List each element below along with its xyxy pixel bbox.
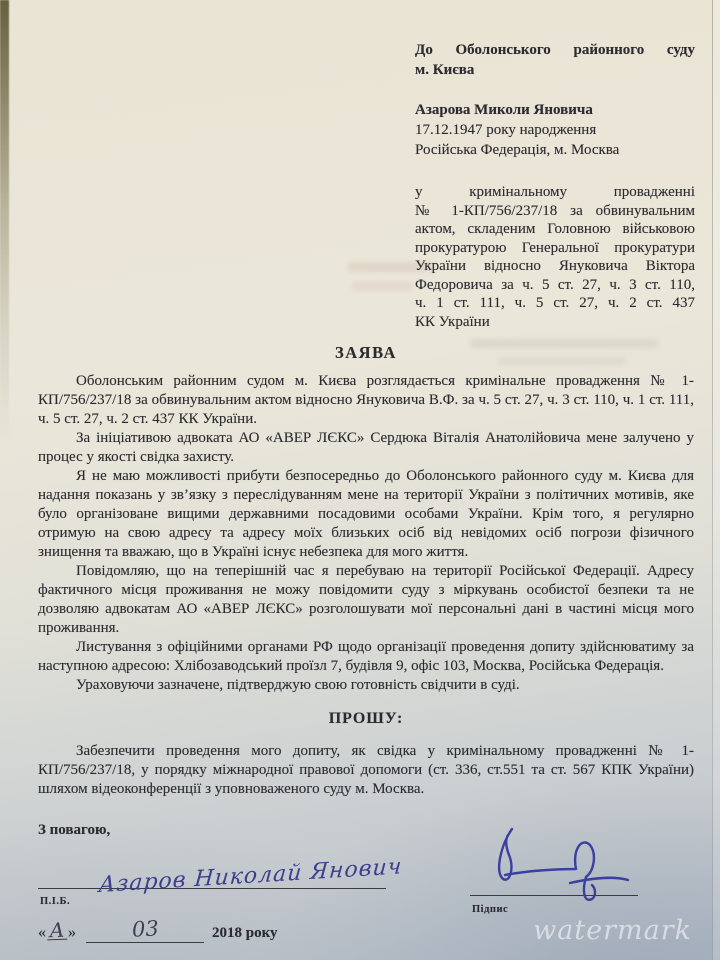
name-signature-line: Азаров Николай Янович bbox=[38, 843, 386, 889]
handwritten-day: А bbox=[47, 920, 68, 940]
recipient-line: м. Києва bbox=[415, 60, 695, 80]
fio-label: П.І.Б. bbox=[40, 892, 70, 912]
year-text: 2018 року bbox=[212, 925, 278, 941]
applicant-info: Азарова Миколи Яновича 17.12.1947 року н… bbox=[415, 100, 695, 160]
month-blank-line: 03 bbox=[86, 919, 204, 944]
request-heading: ПРОШУ: bbox=[38, 709, 694, 729]
applicant-dob: 17.12.1947 року народження bbox=[415, 120, 695, 140]
paragraph: Листування з офіційними органами РФ щодо… bbox=[38, 638, 694, 676]
handwritten-name-signature: Азаров Николай Янович bbox=[98, 857, 403, 895]
quote-open: « bbox=[38, 924, 46, 941]
paragraph: Оболонським районним судом м. Києва розг… bbox=[38, 372, 694, 429]
signature-block: Азаров Николай Янович П.І.Б. Підпис bbox=[38, 843, 694, 903]
case-reference-line: КК України bbox=[415, 313, 695, 332]
applicant-address: Російська Федерація, м. Москва bbox=[415, 140, 695, 160]
request-paragraph: Забезпечити проведення мого допиту, як с… bbox=[38, 742, 694, 799]
case-reference-line: № 1-КП/756/237/18 за обвинувальним bbox=[415, 202, 695, 221]
document-header-block: До Оболонського районного суду м. Києва … bbox=[415, 40, 695, 331]
signature-line bbox=[470, 849, 638, 896]
recipient-line: До Оболонського районного суду bbox=[415, 40, 695, 60]
document-title: ЗАЯВА bbox=[38, 343, 694, 363]
signature-scribble bbox=[478, 825, 648, 911]
case-reference-line: у кримінальному провадженні bbox=[415, 183, 695, 202]
handwritten-month: 03 bbox=[131, 918, 159, 939]
case-reference-line: Федоровича за ч. 5 ст. 27, ч. 3 ст. 110, bbox=[415, 276, 695, 295]
paragraph: Ураховуючи зазначене, підтверджую свою г… bbox=[38, 676, 694, 695]
case-reference-line: актом, складеним Головною військовою bbox=[415, 220, 695, 239]
photographed-document-page: До Оболонського районного суду м. Києва … bbox=[0, 0, 720, 960]
paragraph: Я не маю можливості прибути безпосереднь… bbox=[38, 467, 694, 562]
signature-label: Підпис bbox=[472, 900, 508, 920]
case-reference: у кримінальному провадженні № 1-КП/756/2… bbox=[415, 183, 695, 331]
quote-close: » bbox=[68, 924, 76, 941]
applicant-name: Азарова Миколи Яновича bbox=[415, 100, 695, 120]
watermark: watermark bbox=[533, 915, 692, 946]
case-reference-line: України відносно Януковича Віктора bbox=[415, 257, 695, 276]
case-reference-line: ч. 1 ст. 111, ч. 5 ст. 27, ч. 2 ст. 437 bbox=[415, 294, 695, 313]
recipient-court: До Оболонського районного суду м. Києва bbox=[415, 40, 695, 80]
case-reference-line: прокуратурою Генеральної прокуратури bbox=[415, 239, 695, 258]
paragraph: Повідомляю, що на теперішній час я переб… bbox=[38, 562, 694, 638]
paragraph: За ініціативою адвоката АО «АВЕР ЛЄКС» С… bbox=[38, 429, 694, 467]
document-body: До Оболонського районного суду м. Києва … bbox=[0, 0, 720, 943]
